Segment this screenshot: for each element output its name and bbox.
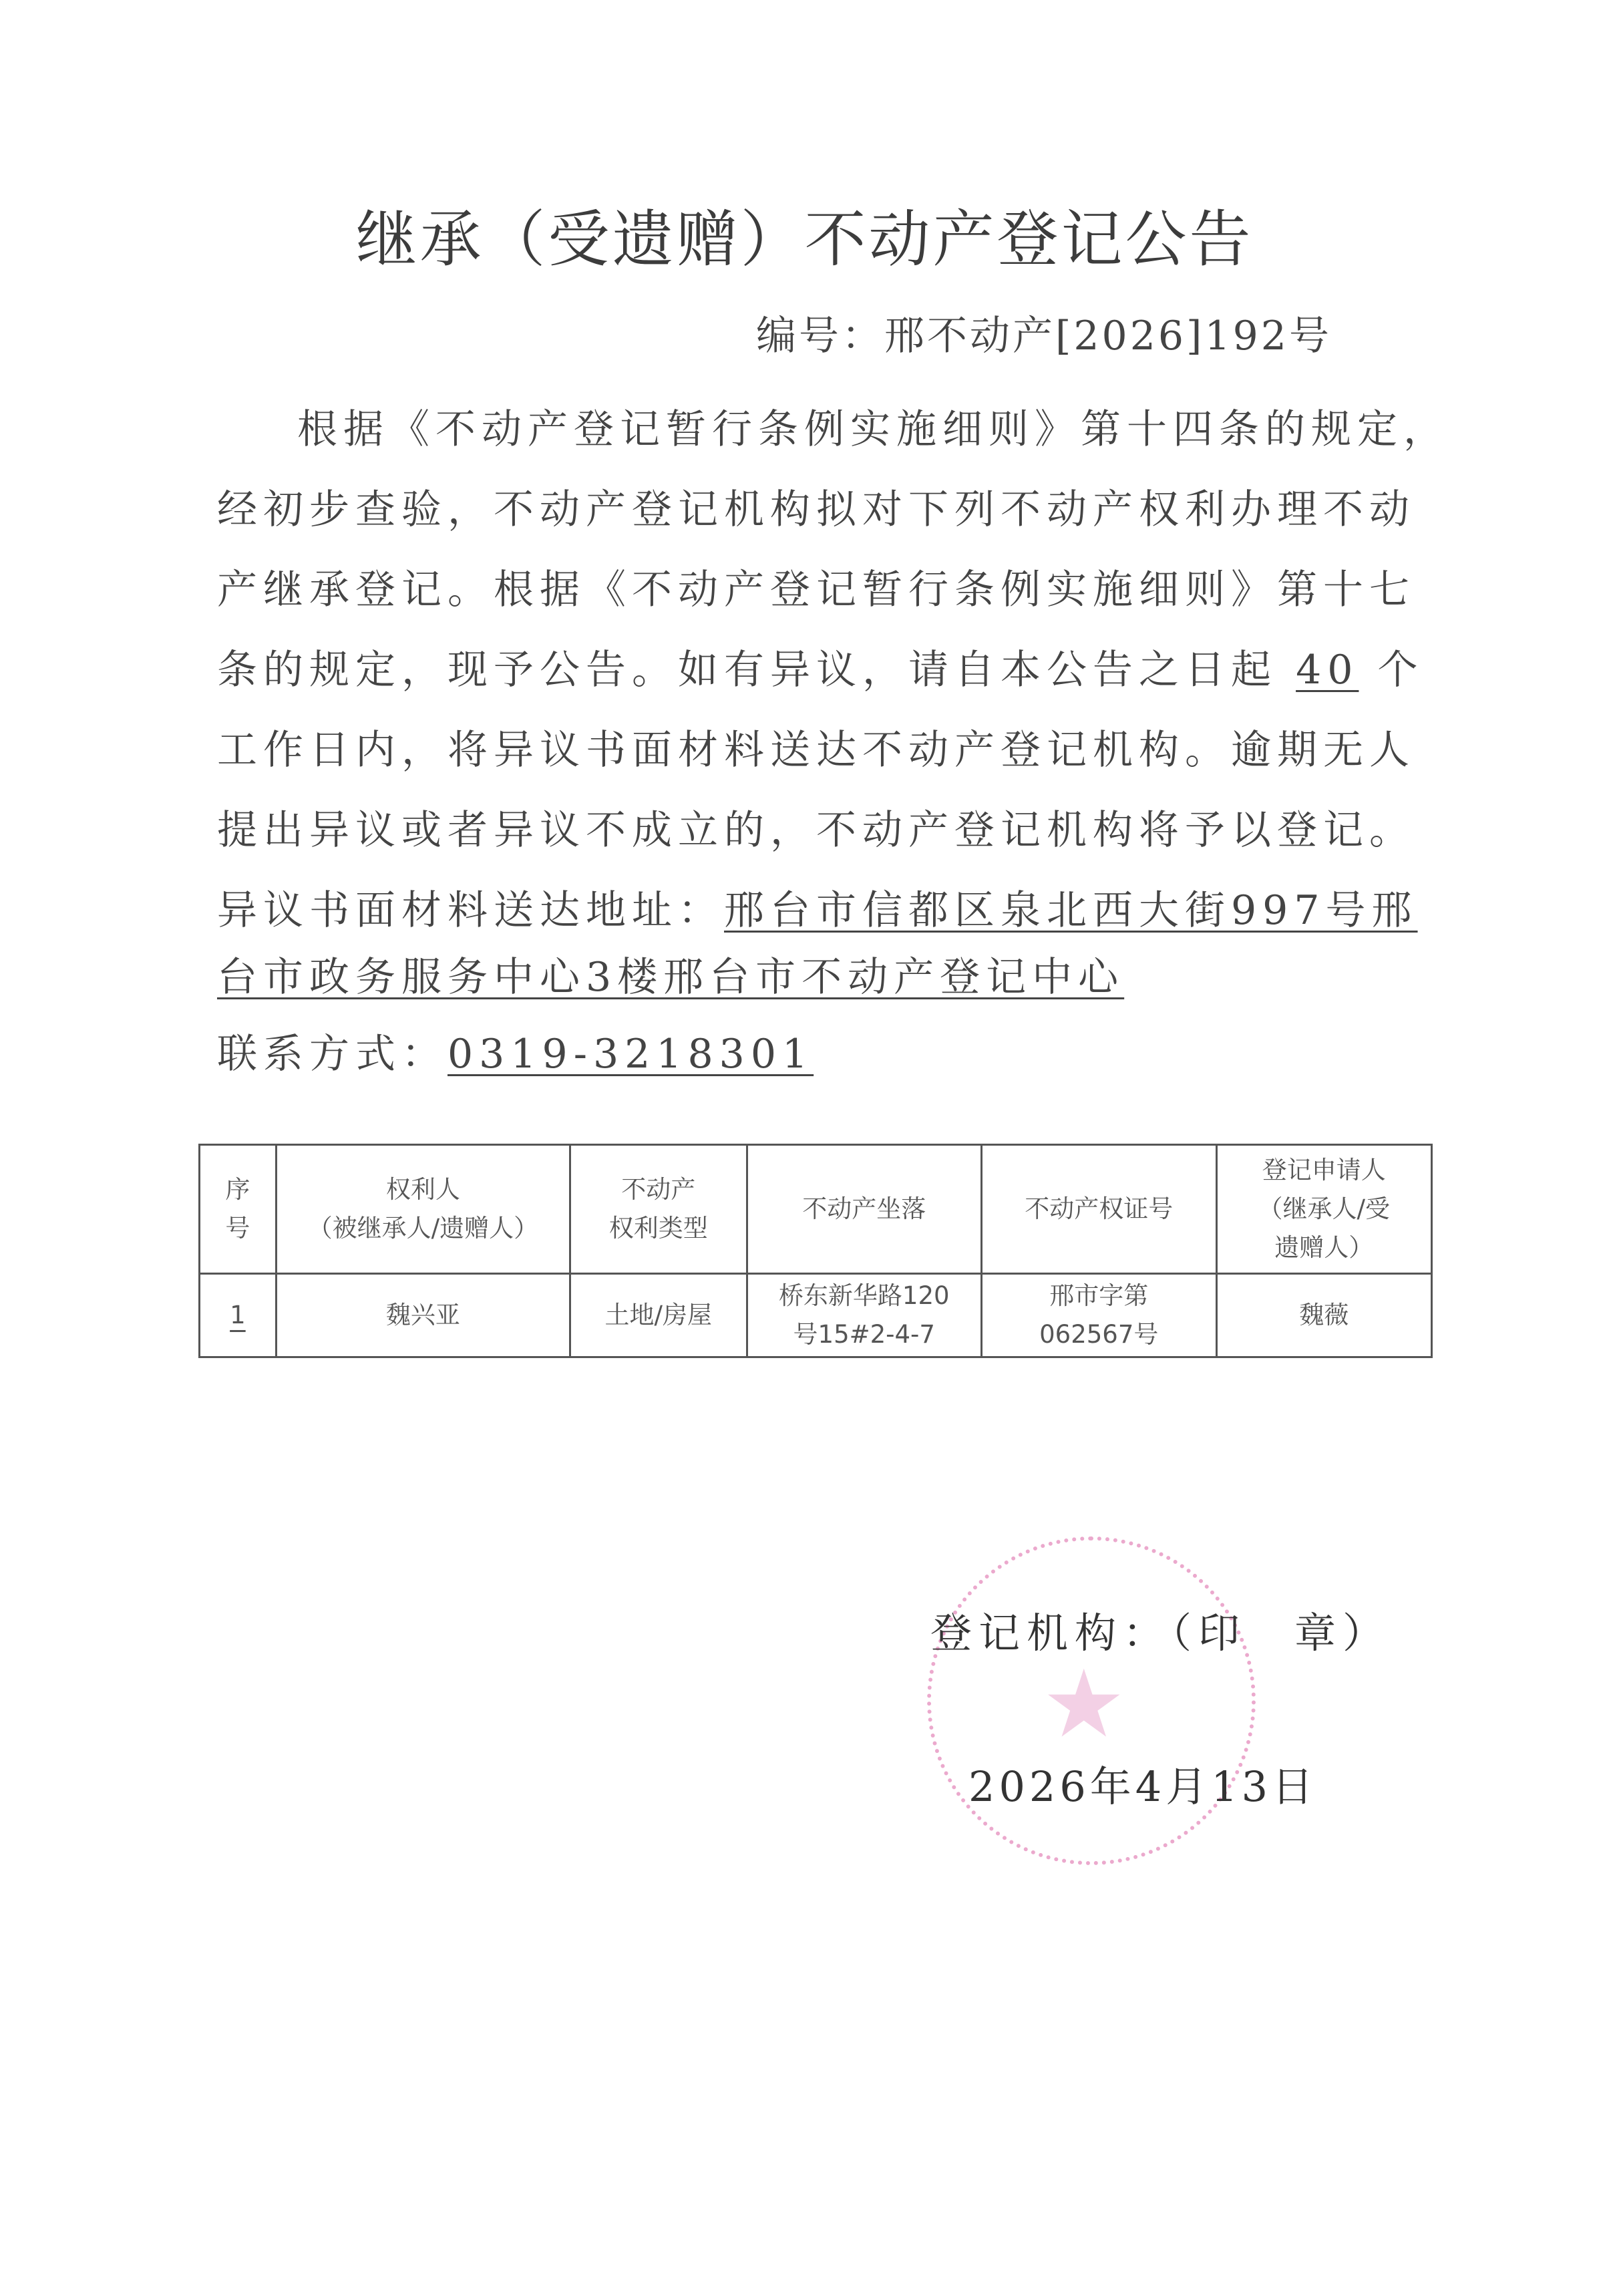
- cell-right-type: 土地/房屋: [570, 1274, 747, 1357]
- signature-date: 2026年4月13日: [968, 1754, 1317, 1813]
- header-index: 序号: [200, 1145, 277, 1274]
- document-number: 编号：邢不动产[2026]192号: [756, 304, 1332, 361]
- address-value: 邢台市信都区泉北西大街997号邢: [724, 887, 1418, 934]
- cell-index: 1: [200, 1274, 277, 1357]
- contact-phone: 0319-3218301: [448, 1031, 814, 1078]
- table-header-row: 序号 权利人（被继承人/遗赠人） 不动产权利类型 不动产坐落 不动产权证号 登记…: [200, 1145, 1432, 1274]
- address-label: 异议书面材料送达地址：: [217, 887, 724, 934]
- address-value-2: 台市政务服务中心3楼邢台市不动产登记中心: [217, 954, 1124, 1001]
- unit-text: 个: [1378, 647, 1424, 693]
- table-row: 1 魏兴亚 土地/房屋 桥东新华路120号15#2-4-7 邢市字第062567…: [200, 1274, 1432, 1357]
- address-line: 异议书面材料送达地址：邢台市信都区泉北西大街997号邢: [217, 878, 1418, 936]
- header-right-type: 不动产权利类型: [570, 1145, 747, 1274]
- paragraph-line: 根据《不动产登记暂行条例实施细则》第十四条的规定，: [297, 397, 1449, 455]
- paragraph-line: 产继承登记。根据《不动产登记暂行条例实施细则》第十七: [217, 558, 1415, 615]
- contact-label: 联系方式：: [217, 1031, 448, 1078]
- paragraph-line: 经初步查验，不动产登记机构拟对下列不动产权利办理不动: [217, 478, 1415, 535]
- contact-line: 联系方式：0319-3218301: [217, 1022, 814, 1080]
- cell-owner: 魏兴亚: [276, 1274, 570, 1357]
- objection-days: 40: [1296, 647, 1359, 693]
- header-owner: 权利人（被继承人/遗赠人）: [276, 1145, 570, 1274]
- paragraph-line: 条的规定，现予公告。如有异议，请自本公告之日起 40 个: [217, 638, 1424, 695]
- address-line-2: 台市政务服务中心3楼邢台市不动产登记中心: [217, 945, 1124, 1003]
- cell-applicant: 魏薇: [1216, 1274, 1431, 1357]
- signature-label: 登记机构：（印 章）: [930, 1600, 1391, 1659]
- paragraph-line-text: 条的规定，现予公告。如有异议，请自本公告之日起: [217, 647, 1277, 693]
- cell-certificate: 邢市字第062567号: [981, 1274, 1216, 1357]
- header-location: 不动产坐落: [747, 1145, 981, 1274]
- paragraph-line: 提出异议或者异议不成立的，不动产登记机构将予以登记。: [217, 798, 1415, 856]
- cell-location: 桥东新华路120号15#2-4-7: [747, 1274, 981, 1357]
- header-applicant: 登记申请人（继承人/受遗赠人）: [1216, 1145, 1431, 1274]
- registration-table: 序号 权利人（被继承人/遗赠人） 不动产权利类型 不动产坐落 不动产权证号 登记…: [198, 1144, 1433, 1358]
- paragraph-line: 工作日内，将异议书面材料送达不动产登记机构。逾期无人: [217, 718, 1415, 776]
- header-certificate: 不动产权证号: [981, 1145, 1216, 1274]
- seal-star-icon: ★: [1042, 1650, 1126, 1759]
- page-title: 继承（受遗赠）不动产登记公告: [0, 190, 1609, 279]
